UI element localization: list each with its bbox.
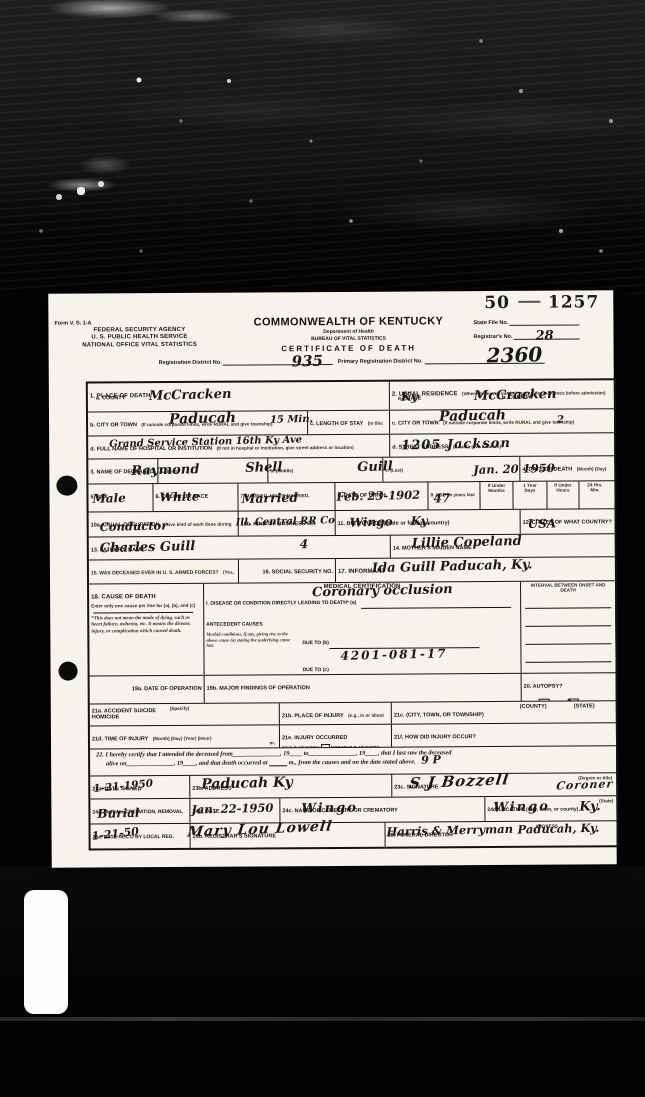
certify-time-blank	[269, 757, 287, 766]
registration-district-line: Registration District No. Primary Regist…	[159, 356, 599, 366]
stamp-left: 50	[484, 293, 510, 313]
age-col-label: Months	[482, 488, 510, 493]
cell-date-of-death: 4. DATE OF DEATH (Month) (Day) (Year)	[520, 456, 614, 481]
frame-number-stamp: 501257	[484, 292, 599, 313]
last-name-label: c. (Last)	[385, 468, 403, 473]
race-label: 6. COLOR OR RACE	[155, 494, 208, 500]
occupation-label: 10a. USUAL OCCUPATION	[91, 522, 160, 528]
cemetery-label: 24c. NAME OF CEMETERY OR CREMATORY	[282, 808, 397, 815]
cause-blank	[361, 599, 511, 609]
date-signed-label: 23a. DATE SIGNED	[92, 786, 141, 792]
injury-state-label: (STATE)	[574, 703, 595, 709]
first-name-label: a. (First)	[160, 469, 178, 474]
cell-birthplace: 11. BIRTHPLACE (State or foreign country…	[336, 510, 521, 535]
microfilm-scan-viewport: 501257 Form V. S. 1-A FEDERAL SECURITY A…	[0, 0, 645, 1097]
armed-label: 15. WAS DECEASED EVER IN U. S. ARMED FOR…	[91, 570, 219, 577]
cell-age-months: If Under Months	[480, 482, 513, 509]
cell-age-hours: If Under Hours	[547, 481, 579, 508]
reg-district-blank	[223, 358, 333, 366]
ssn-label: 16. SOCIAL SECURITY NO.	[263, 569, 333, 575]
institution-label: d. FULL NAME OF HOSPITAL OR INSTITUTION	[90, 446, 212, 453]
stamp-right: 1257	[548, 292, 599, 312]
cell-res-city: c. CITY OR TOWN (If outside corporate li…	[390, 409, 614, 433]
row-institution: d. FULL NAME OF HOSPITAL OR INSTITUTION …	[88, 432, 614, 458]
cause-of-death-label: 18. CAUSE OF DEATH	[91, 594, 156, 600]
res-city-fine: (If outside corporate limits, write RURA…	[443, 420, 574, 426]
age-col-label: Hours	[549, 488, 576, 493]
due-b-blank	[329, 639, 479, 649]
cell-time-of-injury: 21d. TIME OF INJURY (Month) (Day) (Year)…	[90, 725, 280, 748]
dob-label: 8. DATE OF BIRTH	[337, 493, 385, 499]
cell-burial-date: 24b. DATE	[190, 798, 280, 823]
punch-hole	[58, 662, 77, 681]
row-occupation: 10a. USUAL OCCUPATION (Give kind of work…	[89, 508, 615, 536]
cell-how-injury: 21f. HOW DID INJURY OCCUR?	[392, 723, 616, 746]
cell-occupation: 10a. USUAL OCCUPATION (Give kind of work…	[89, 512, 239, 537]
cell-operation-date: 19a. DATE OF OPERATION	[90, 676, 205, 704]
signer-address-label: 23b. ADDRESS	[192, 786, 231, 792]
row-registrar: 25a. DATE REC'D BY LOCAL REG. 25b. REGIS…	[90, 820, 616, 848]
injury-occurred-label: 21e. INJURY OCCURRED	[282, 735, 347, 741]
cell-ssn: 16. SOCIAL SECURITY NO.	[239, 559, 336, 583]
agency-block: Form V. S. 1-A FEDERAL SECURITY AGENCY U…	[54, 320, 224, 350]
res-county-label: b. COUNTY	[502, 395, 532, 401]
time-of-injury-label: 21d. TIME OF INJURY	[92, 736, 148, 742]
row-sex-age: 5. SEX 6. COLOR OR RACE 7. MARRIED, NEVE…	[88, 480, 614, 511]
morbid-note: Morbid conditions, if any, giving rise t…	[206, 631, 298, 675]
cell-informant: 17. INFORMANT	[336, 557, 615, 582]
cell-dob: 8. DATE OF BIRTH	[335, 482, 428, 510]
interval-line	[525, 625, 611, 627]
cell-institution: d. FULL NAME OF HOSPITAL OR INSTITUTION …	[88, 435, 390, 459]
name-label: 3. NAME OF DECEASED	[90, 469, 154, 475]
injury-m-label: m.	[270, 740, 275, 745]
interval-line	[525, 607, 611, 609]
cell-mother: 14. MOTHER'S MAIDEN NAME	[391, 534, 615, 557]
cell-first-name: a. (First)	[158, 458, 268, 483]
accident-specify: (Specify)	[170, 706, 189, 711]
injury-city-label: 21c. (CITY, TOWN, OR TOWNSHIP)	[394, 712, 484, 719]
stay-label: c. LENGTH OF STAY	[310, 421, 363, 427]
signature-label: 23c. SIGNATURE	[394, 784, 438, 790]
cell-certify: 22. I hereby certify that I attended the…	[90, 746, 616, 775]
res-city-label: c. CITY OR TOWN	[392, 420, 439, 426]
film-specks	[0, 0, 2, 2]
cell-medical-certification: MEDICAL CERTIFICATION I. DISEASE OR COND…	[204, 582, 522, 675]
street-label: d. STREET ADDRESS	[392, 444, 448, 450]
commonwealth-title: COMMONWEALTH OF KENTUCKY	[233, 315, 463, 328]
city-fine: (If outside corporate limits, write RURA…	[141, 421, 272, 427]
bureau-subtitle: BUREAU OF VITAL STATISTICS	[234, 335, 464, 342]
film-grain-top	[0, 0, 645, 294]
row-parents: 13. FATHER'S NAME 14. MOTHER'S MAIDEN NA…	[89, 533, 615, 559]
certify-line2-pre: alive on_______________, 19____, and tha…	[106, 759, 267, 767]
cell-city: b. CITY OR TOWN (If outside corporate li…	[88, 411, 308, 435]
cell-age: 9. AGE (In years last birthday)	[428, 482, 480, 509]
cell-burial-location: 24d. LOCATION (City, town, or county) (S…	[485, 796, 616, 821]
cell-interval: INTERVAL BETWEEN ONSET AND DEATH	[521, 581, 616, 673]
funeral-director-label: 26. FUNERAL DIRECTOR	[388, 832, 454, 838]
operation-findings-label: 19b. MAJOR FINDINGS OF OPERATION	[207, 685, 310, 692]
burial-location-label: 24d. LOCATION (City, town, or county)	[487, 807, 578, 814]
registrar-no-blank	[514, 332, 580, 339]
burial-date-label: 24b. DATE	[192, 809, 219, 815]
cell-sex: 5. SEX	[88, 484, 153, 511]
cell-funeral-director: 26. FUNERAL DIRECTOR ADDRESS	[385, 821, 616, 846]
age-col-label: Days	[515, 488, 544, 493]
primary-district-blank	[424, 357, 544, 365]
row-accident: 21a. ACCIDENT SUICIDE HOMICIDE (Specify)…	[90, 700, 616, 725]
state-file-blank	[510, 318, 580, 325]
registrar-signature-label: 25b. REGISTRAR'S SIGNATURE	[193, 833, 276, 840]
county-label: a. COUNTY	[96, 395, 125, 401]
cell-burial-type: 24a. BURIAL, CREMATION, REMOVAL (Specify…	[90, 799, 190, 824]
cell-cemetery: 24c. NAME OF CEMETERY OR CREMATORY	[280, 797, 485, 822]
row-burial: 24a. BURIAL, CREMATION, REMOVAL (Specify…	[90, 795, 616, 823]
time-of-injury-cols: (Month) (Day) (Year) (Hour)	[153, 736, 212, 741]
disease-label: I. DISEASE OR CONDITION DIRECTLY LEADING…	[206, 600, 356, 607]
informant-label: 17. INFORMANT	[338, 569, 385, 575]
cell-citizen: 12. CITIZEN OF WHAT COUNTRY?	[521, 509, 615, 534]
primary-district-label: Primary Registration District No.	[338, 358, 423, 365]
autopsy-label: 20. AUTOPSY?	[524, 684, 563, 690]
city-label: b. CITY OR TOWN	[90, 422, 137, 428]
cell-usual-residence: 2. USUAL RESIDENCE (Where deceased lived…	[390, 380, 614, 409]
cell-injury-occurred: 21e. INJURY OCCURRED WHILE AT WORK NOT W…	[280, 725, 392, 748]
file-numbers-block: State File No. Registrar's No.	[473, 318, 603, 347]
date-received-label: 25a. DATE REC'D BY LOCAL REG.	[93, 834, 175, 840]
row-name: 3. NAME OF DECEASED (Type or Print) a. (…	[88, 455, 614, 483]
mother-label: 14. MOTHER'S MAIDEN NAME	[393, 545, 472, 551]
row-cause-of-death: 18. CAUSE OF DEATH Enter only one cause …	[89, 580, 616, 675]
due-to-c-label: DUE TO (c)	[303, 667, 329, 673]
row-operation: 19a. DATE OF OPERATION 19b. MAJOR FINDIN…	[90, 672, 616, 703]
cell-signature: 23c. SIGNATURE (Degree or title)	[392, 773, 616, 796]
cell-age-min: 24 Hrs. Min.	[579, 481, 610, 508]
burial-state-label: (State)	[599, 798, 613, 803]
cell-race: 6. COLOR OR RACE	[153, 484, 238, 512]
operation-date-label: 19a. DATE OF OPERATION	[132, 686, 202, 692]
row-signature: 23a. DATE SIGNED 23b. ADDRESS 23c. SIGNA…	[90, 772, 616, 798]
film-frame-divider	[0, 1017, 645, 1021]
cell-name-label: 3. NAME OF DECEASED (Type or Print)	[88, 459, 158, 483]
stamp-dash	[518, 300, 540, 302]
state-label: a. STATE	[398, 395, 421, 401]
cell-armed-forces: 15. WAS DECEASED EVER IN U. S. ARMED FOR…	[89, 560, 239, 584]
usual-residence-fine: (Where deceased lived. If institution: r…	[462, 390, 605, 396]
father-label: 13. FATHER'S NAME	[91, 547, 145, 553]
state-file-label: State File No.	[473, 320, 508, 326]
age-label: 9. AGE (In years last birthday)	[430, 492, 474, 509]
cell-accident: 21a. ACCIDENT SUICIDE HOMICIDE (Specify)	[90, 703, 280, 725]
cell-middle-name: b. (Middle)	[268, 458, 383, 483]
certificate-table: 1. PLACE OF DEATH a. COUNTY 2. USUAL RES…	[86, 378, 619, 850]
degree-label: (Degree or title)	[578, 775, 612, 780]
citizen-label: 12. CITIZEN OF WHAT COUNTRY?	[523, 519, 612, 526]
interval-line	[525, 643, 611, 645]
accident-label: 21a. ACCIDENT SUICIDE HOMICIDE	[92, 708, 162, 720]
row-city: b. CITY OR TOWN (If outside corporate li…	[88, 408, 614, 435]
birthplace-label: 11. BIRTHPLACE (State or foreign country…	[338, 520, 450, 527]
cell-date-signed: 23a. DATE SIGNED	[90, 776, 190, 799]
industry-label: 10b. KIND OF BUSINESS OR INDUSTRY	[241, 521, 316, 535]
film-grain-bottom	[0, 866, 645, 1097]
injury-county-label: (COUNTY)	[520, 704, 547, 710]
antecedent-label: ANTECEDENT CAUSES	[206, 621, 262, 627]
how-injury-label: 21f. HOW DID INJURY OCCUR?	[394, 734, 476, 741]
row-informant: 15. WAS DECEASED EVER IN U. S. ARMED FOR…	[89, 556, 615, 583]
due-to-b-label: DUE TO (b)	[302, 640, 329, 646]
cell-autopsy: 20. AUTOPSY? YES NO	[522, 673, 616, 701]
cell-industry: 10b. KIND OF BUSINESS OR INDUSTRY	[239, 511, 336, 536]
cell-marital: 7. MARRIED, NEVER MARRIED, WIDOWED, DIVO…	[238, 483, 335, 511]
place-of-injury-label: 21b. PLACE OF INJURY	[282, 713, 344, 719]
cell-length-of-stay: c. LENGTH OF STAY (in this place)	[308, 411, 390, 435]
punch-hole	[56, 476, 77, 496]
funeral-address-label: ADDRESS	[535, 824, 557, 829]
row-time-of-injury: 21d. TIME OF INJURY (Month) (Day) (Year)…	[90, 722, 616, 748]
cell-last-name: c. (Last)	[383, 457, 520, 482]
cell-signer-address: 23b. ADDRESS	[190, 775, 392, 798]
cell-injury-city: 21c. (CITY, TOWN, OR TOWNSHIP) (COUNTY) …	[392, 701, 616, 723]
cell-cause-sidebar: 18. CAUSE OF DEATH Enter only one cause …	[89, 584, 205, 676]
middle-name-label: b. (Middle)	[270, 468, 293, 473]
row-certify: 22. I hereby certify that I attended the…	[90, 745, 616, 775]
dod-label: 4. DATE OF DEATH	[522, 467, 572, 473]
cause-footnote: *This does not mean the mode of dying, s…	[91, 616, 201, 635]
marital-label: 7. MARRIED, NEVER MARRIED, WIDOWED, DIVO…	[240, 493, 311, 510]
interval-line	[526, 661, 612, 663]
burial-type-label: 24a. BURIAL, CREMATION, REMOVAL	[92, 809, 182, 816]
cell-father: 13. FATHER'S NAME	[89, 536, 391, 560]
cell-age-days: 1 Year Days	[513, 482, 547, 509]
title-block: COMMONWEALTH OF KENTUCKY Department of H…	[233, 315, 463, 353]
cause-fine: Enter only one cause per line for (a), (…	[91, 603, 201, 609]
certificate-title: CERTIFICATE OF DEATH	[234, 343, 464, 353]
cell-date-received: 25a. DATE REC'D BY LOCAL REG.	[90, 824, 190, 849]
cell-operation-findings: 19b. MAJOR FINDINGS OF OPERATION	[205, 674, 522, 703]
agency-line: NATIONAL OFFICE VITAL STATISTICS	[55, 342, 225, 351]
cell-place-of-death: 1. PLACE OF DEATH a. COUNTY	[88, 382, 390, 412]
reg-district-label: Registration District No.	[159, 360, 222, 366]
street-fine: (If rural, give location)	[453, 444, 501, 449]
cell-street-address: d. STREET ADDRESS (If rural, give locati…	[390, 433, 614, 456]
cell-registrar-signature: 25b. REGISTRAR'S SIGNATURE	[190, 823, 385, 848]
cell-place-of-injury: 21b. PLACE OF INJURY (e.g., in or about …	[280, 703, 392, 725]
film-notch-mark	[24, 890, 68, 1014]
certify-line2-post: m., from the causes and on the date stat…	[289, 758, 416, 766]
institution-fine: (If not in hospital or institution, give…	[217, 445, 354, 451]
sex-label: 5. SEX	[90, 494, 107, 500]
row-place-residence: 1. PLACE OF DEATH a. COUNTY 2. USUAL RES…	[88, 380, 614, 411]
registrar-no-label: Registrar's No.	[474, 334, 513, 340]
interval-label: INTERVAL BETWEEN ONSET AND DEATH	[523, 582, 613, 593]
age-col-label: Min.	[581, 487, 608, 492]
death-certificate-page: 501257 Form V. S. 1-A FEDERAL SECURITY A…	[48, 290, 616, 867]
